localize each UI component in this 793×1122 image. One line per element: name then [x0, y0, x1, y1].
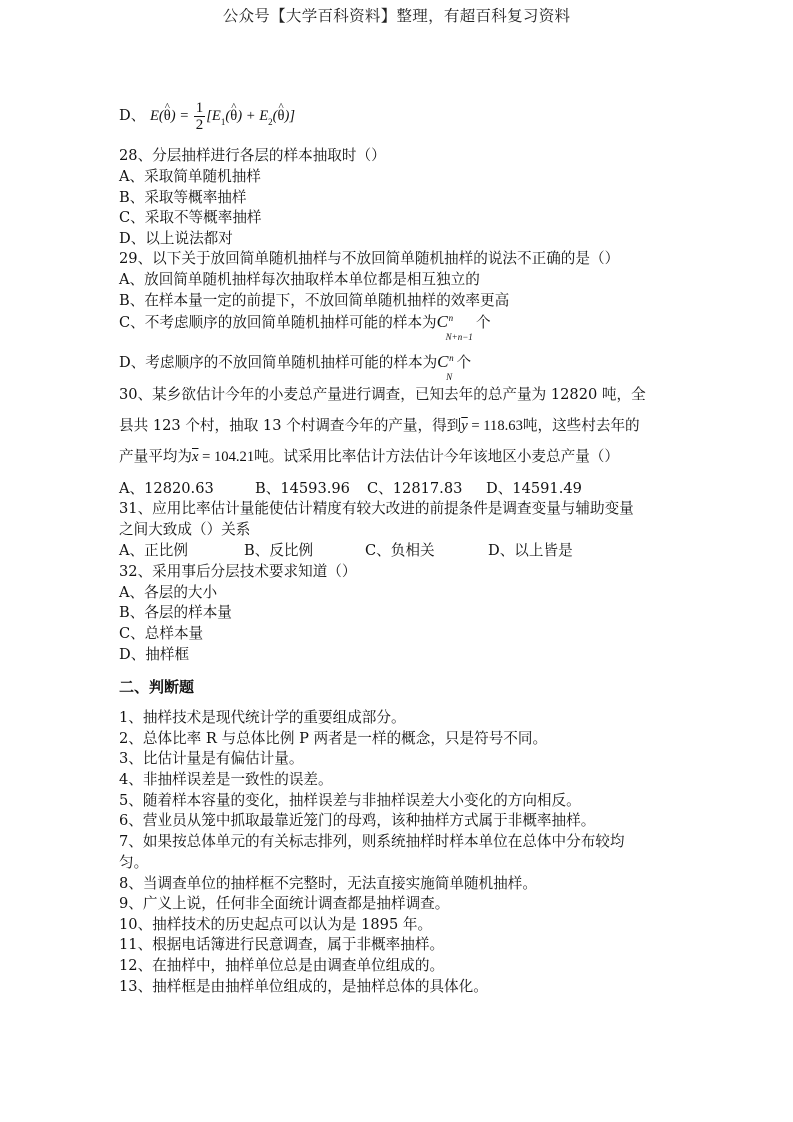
- tf-item-10: 10、抽样技术的历史起点可以认为是 1895 年。: [119, 916, 432, 934]
- section-title-true-false: 二、判断题: [119, 678, 194, 696]
- question-29-option-a: A、放回简单随机抽样每次抽取样本单位都是相互独立的: [119, 271, 480, 289]
- stem-text: 县共 123 个村，抽取 13 个村调查今年的产量，得到: [119, 417, 461, 434]
- tf-item-11: 11、根据电话簿进行民意调查，属于非概率抽样。: [119, 936, 444, 954]
- tf-item-8: 8、当调查单位的抽样框不完整时，无法直接实施简单随机抽样。: [119, 875, 537, 893]
- question-32-stem: 32、采用事后分层技术要求知道（）: [119, 563, 356, 581]
- option-suffix: 个: [476, 314, 491, 331]
- tf-item-13: 13、抽样框是由抽样单位组成的，是抽样总体的具体化。: [119, 978, 488, 996]
- tf-item-7: 7、如果按总体单元的有关标志排列，则系统抽样时样本单位在总体中分布较均: [119, 833, 624, 851]
- tf-item-7-continued: 匀。: [119, 854, 148, 872]
- question-28-stem: 28、分层抽样进行各层的样本抽取时（）: [119, 147, 386, 165]
- question-30-stem-line3: 产量平均为x = 104.21吨。试采用比率估计方法估计今年该地区小麦总产量（）: [119, 448, 619, 466]
- tf-item-6: 6、营业员从笼中抓取最靠近笼门的母鸡，该种抽样方式属于非概率抽样。: [119, 812, 595, 830]
- option-a: A、正比例: [119, 542, 244, 560]
- tf-item-9: 9、广义上说，任何非全面统计调查都是抽样调查。: [119, 895, 449, 913]
- mean-y-value: = 118.63: [468, 418, 523, 434]
- comb-sup: n: [449, 349, 454, 367]
- mean-x-value: = 104.21: [198, 449, 254, 465]
- fraction-half: 1 2: [194, 100, 206, 133]
- tf-item-2: 2、总体比率 R 与总体比例 P 两者是一样的概念，只是符号不同。: [119, 730, 547, 748]
- question-28-option-d: D、以上说法都对: [119, 230, 233, 248]
- option-text: D、考虑顺序的不放回简单随机抽样可能的样本为: [119, 354, 437, 371]
- question-32-option-b: B、各层的样本量: [119, 604, 232, 622]
- comb-sub: N: [446, 368, 452, 386]
- option-b: B、14593.96: [255, 480, 367, 498]
- question-31-stem-line2: 之间大致成（）关系: [119, 521, 250, 539]
- question-30-options: A、12820.63B、14593.96C、12817.83D、14591.49: [119, 480, 582, 498]
- q27-option-d: D、 E(θ) = 1 2 [E1(θ) + E2(θ)]: [119, 100, 295, 133]
- question-29-stem: 29、以下关于放回简单随机抽样与不放回简单随机抽样的说法不正确的是（）: [119, 250, 619, 268]
- question-29-option-b: B、在样本量一定的前提下，不放回简单随机抽样的效率更高: [119, 292, 509, 310]
- question-32-option-d: D、抽样框: [119, 646, 189, 664]
- stem-text: 吨。试采用比率估计方法估计今年该地区小麦总产量（）: [254, 448, 619, 465]
- page-header-banner: 公众号【大学百科资料】整理，有超百科复习资料: [0, 4, 793, 26]
- tf-item-4: 4、非抽样误差是一致性的误差。: [119, 771, 333, 789]
- comb-sub: N+n−1: [446, 328, 473, 346]
- question-28-option-c: C、采取不等概率抽样: [119, 209, 262, 227]
- option-text: C、不考虑顺序的放回简单随机抽样可能的样本为: [119, 314, 437, 331]
- fraction-numerator: 1: [194, 100, 206, 117]
- question-28-option-b: B、采取等概率抽样: [119, 189, 246, 207]
- option-b: B、反比例: [244, 542, 365, 560]
- question-30-stem-line1: 30、某乡欲估计今年的小麦总产量进行调查，已知去年的总产量为 12820 吨，全: [119, 386, 646, 404]
- tf-item-3: 3、比估计量是有偏估计量。: [119, 750, 303, 768]
- tf-item-1: 1、抽样技术是现代统计学的重要组成部分。: [119, 709, 406, 727]
- tf-item-12: 12、在抽样中，抽样单位总是由调查单位组成的。: [119, 957, 444, 975]
- tf-item-5: 5、随着样本容量的变化，抽样误差与非抽样误差大小变化的方向相反。: [119, 792, 581, 810]
- combination-formula: CnN+n−1: [437, 313, 448, 331]
- question-29-option-c: C、不考虑顺序的放回简单随机抽样可能的样本为CnN+n−1个: [119, 313, 491, 332]
- stem-text: 吨，这些村去年的: [523, 417, 640, 434]
- fraction-denominator: 2: [194, 117, 206, 133]
- question-32-option-a: A、各层的大小: [119, 584, 217, 602]
- question-32-option-c: C、总样本量: [119, 625, 203, 643]
- stem-text: 产量平均为: [119, 448, 192, 465]
- question-31-stem-line1: 31、应用比率估计量能使估计精度有较大改进的前提条件是调查变量与辅助变量: [119, 500, 634, 518]
- combination-formula: CnN: [437, 353, 448, 371]
- option-c: C、12817.83: [367, 480, 486, 498]
- question-30-stem-line2: 县共 123 个村，抽取 13 个村调查今年的产量，得到y = 118.63吨，…: [119, 417, 640, 435]
- option-d: D、14591.49: [486, 480, 582, 498]
- option-a: A、12820.63: [119, 480, 255, 498]
- option-suffix: 个: [457, 354, 472, 371]
- option-d: D、以上皆是: [488, 542, 573, 560]
- question-29-option-d: D、考虑顺序的不放回简单随机抽样可能的样本为CnN个: [119, 353, 471, 372]
- question-31-options: A、正比例B、反比例C、负相关D、以上皆是: [119, 542, 573, 560]
- option-c: C、负相关: [365, 542, 488, 560]
- option-label: D、: [119, 107, 145, 124]
- question-28-option-a: A、采取简单随机抽样: [119, 168, 261, 186]
- formula-expectation: E(θ) = 1 2 [E1(θ) + E2(θ)]: [150, 108, 295, 124]
- comb-sup: n: [449, 309, 454, 327]
